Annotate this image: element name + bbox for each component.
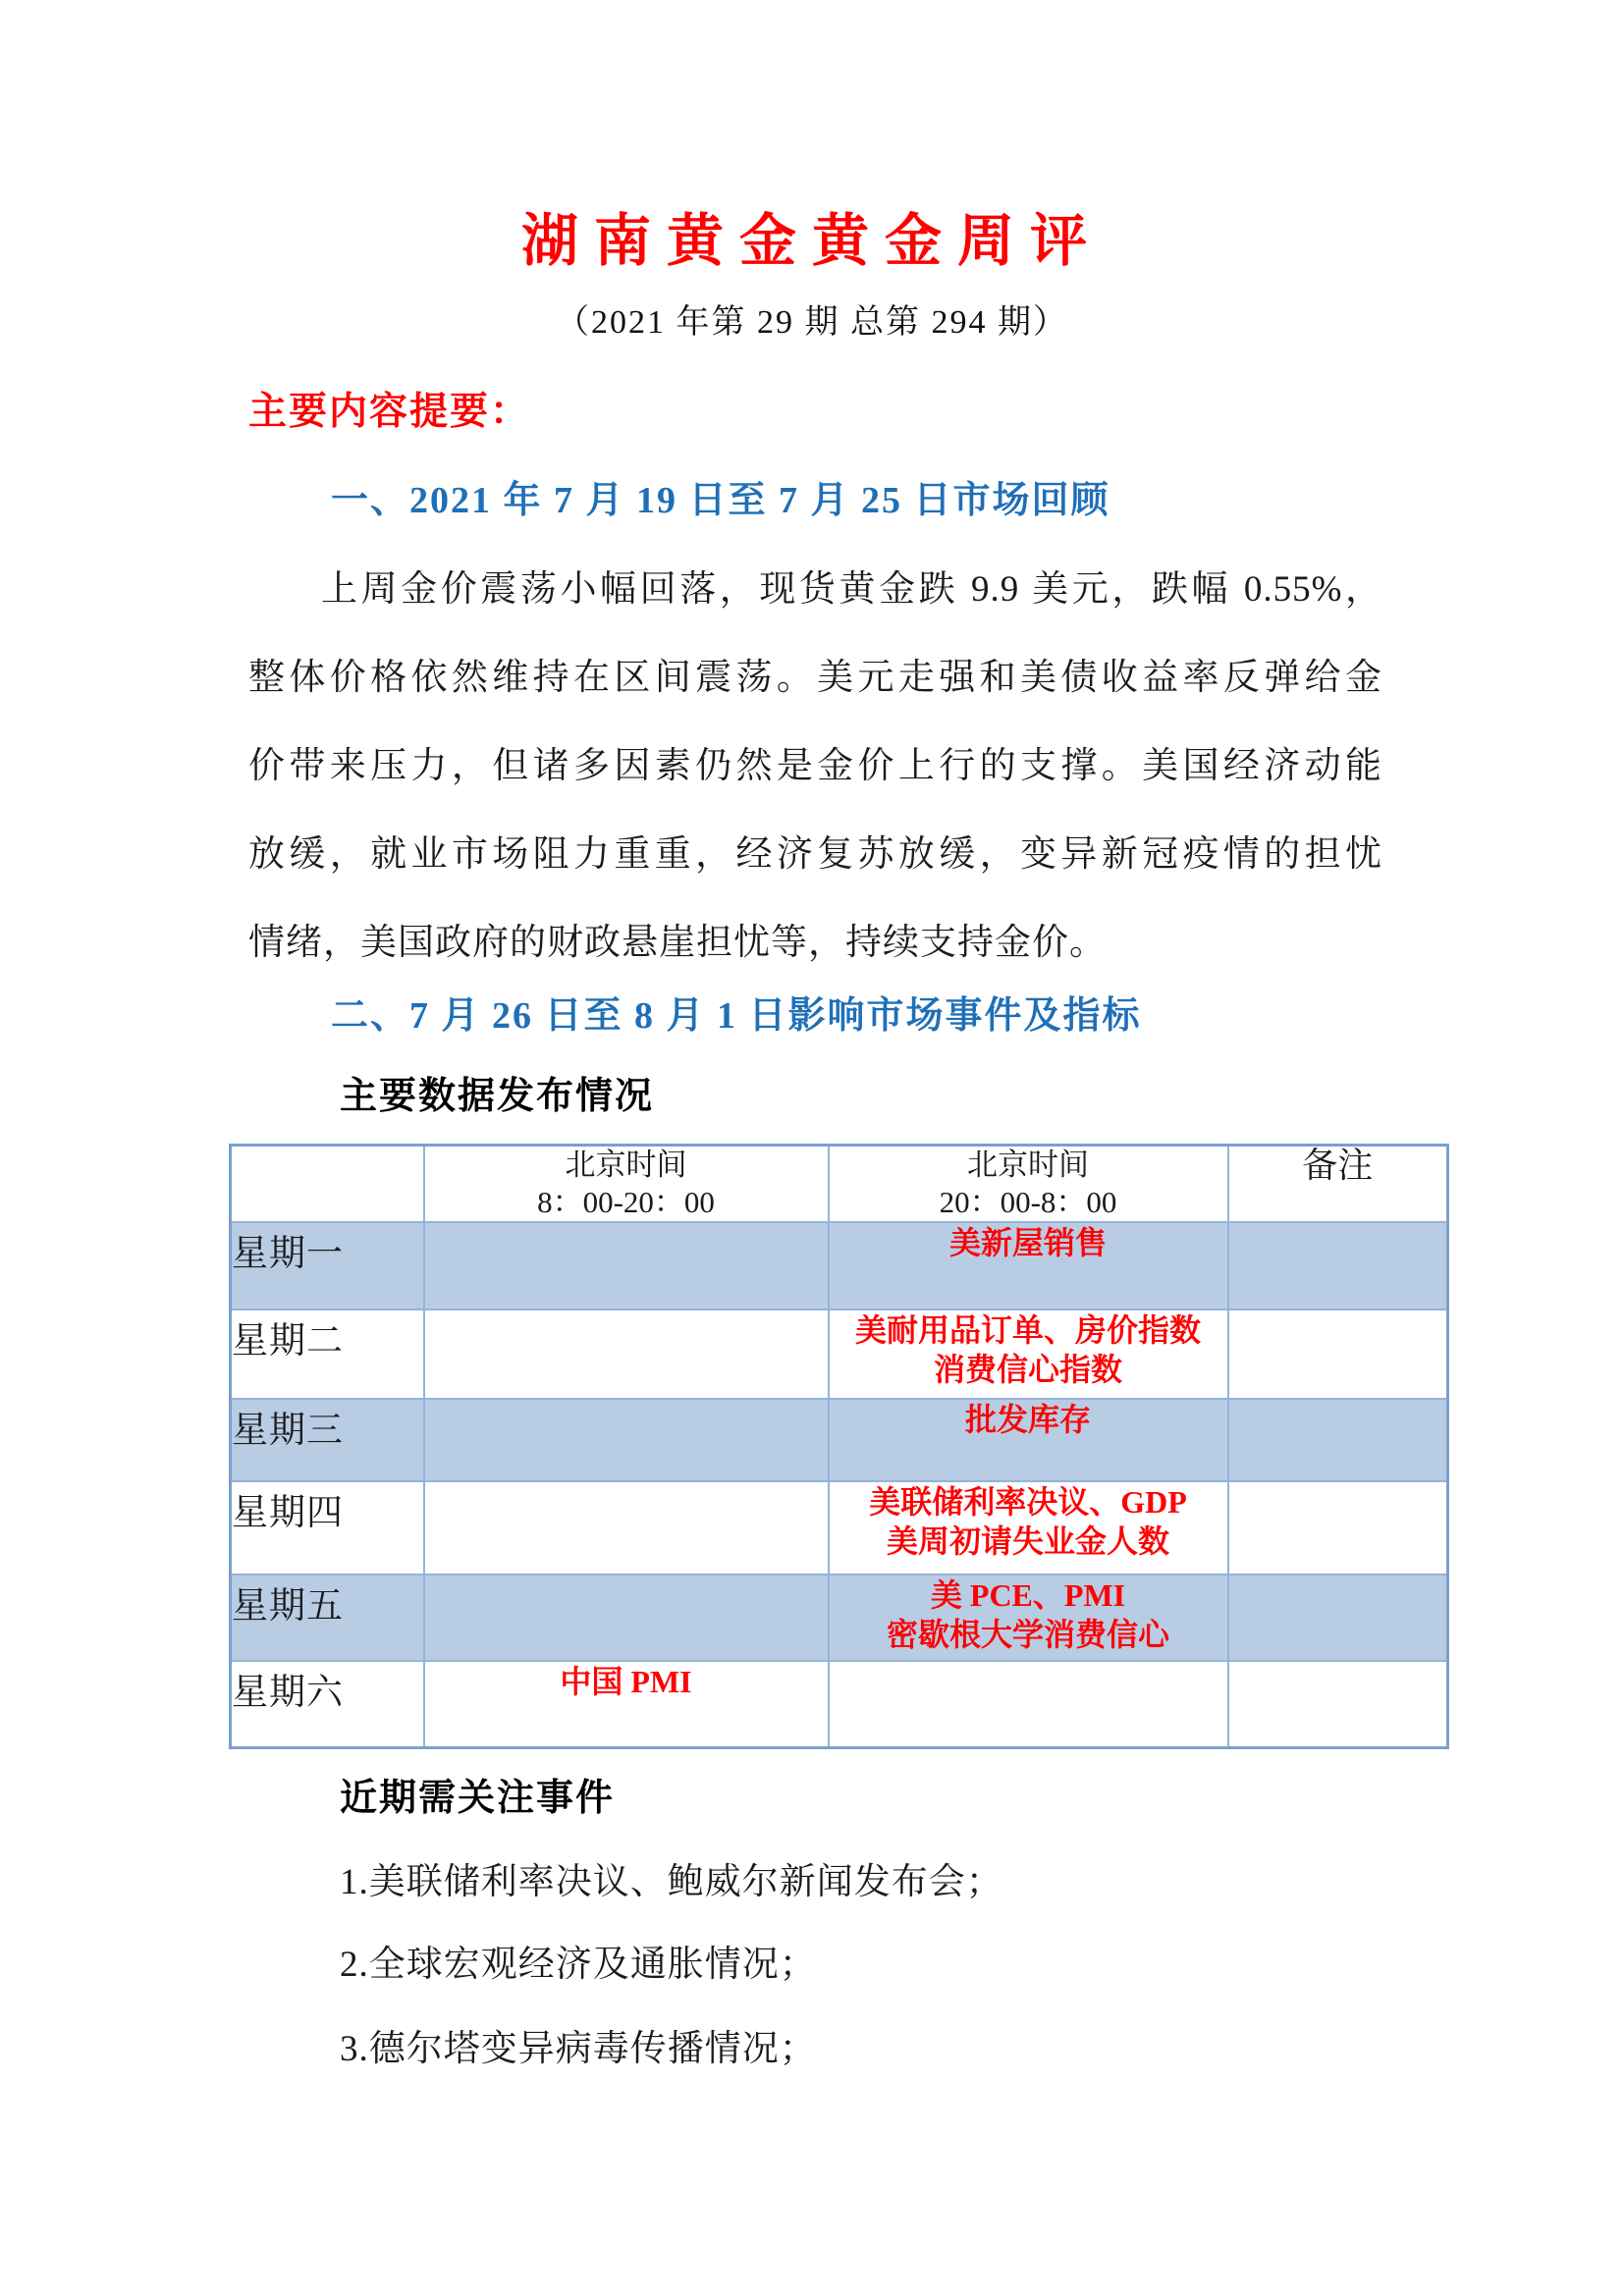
data-release-table: 北京时间 8：00-20：00 北京时间 20：00-8：00 备注 星期一 美… — [229, 1144, 1449, 1749]
event-line: 美联储利率决议、GDP — [830, 1482, 1227, 1522]
header-cell-daytime: 北京时间 8：00-20：00 — [424, 1146, 829, 1223]
night-events-cell: 美新屋销售 — [829, 1222, 1228, 1309]
market-review-paragraph: 上周金价震荡小幅回落，现货黄金跌 9.9 美元，跌幅 0.55%， 整体价格依然… — [248, 546, 1382, 988]
header-night-range: 20：00-8：00 — [830, 1184, 1227, 1221]
night-events-cell — [829, 1661, 1228, 1747]
table-row-saturday: 星期六 中国 PMI — [231, 1661, 1448, 1747]
data-release-table-title: 主要数据发布情况 — [340, 1065, 654, 1119]
event-line: 消费信心指数 — [830, 1350, 1227, 1389]
day-label: 星期一 — [231, 1222, 424, 1309]
note-cell — [1228, 1661, 1448, 1747]
event-line: 美新屋销售 — [830, 1223, 1227, 1262]
daytime-events-cell — [424, 1399, 829, 1481]
section2-heading: 二、7 月 26 日至 8 月 1 日影响市场事件及指标 — [331, 985, 1142, 1039]
event-line: 密歇根大学消费信心 — [830, 1615, 1227, 1654]
header-cell-night: 北京时间 20：00-8：00 — [829, 1146, 1228, 1223]
header-beijing-time-label: 北京时间 — [830, 1147, 1227, 1184]
table-row-monday: 星期一 美新屋销售 — [231, 1222, 1448, 1309]
note-cell — [1228, 1481, 1448, 1575]
note-cell — [1228, 1575, 1448, 1661]
night-events-cell: 美联储利率决议、GDP 美周初请失业金人数 — [829, 1481, 1228, 1575]
day-label: 星期三 — [231, 1399, 424, 1481]
paragraph-line: 上周金价震荡小幅回落，现货黄金跌 9.9 美元，跌幅 0.55%， — [248, 546, 1382, 634]
header-daytime-range: 8：00-20：00 — [425, 1184, 828, 1221]
day-label: 星期二 — [231, 1309, 424, 1399]
table-row-thursday: 星期四 美联储利率决议、GDP 美周初请失业金人数 — [231, 1481, 1448, 1575]
table-row-friday: 星期五 美 PCE、PMI 密歇根大学消费信心 — [231, 1575, 1448, 1661]
summary-heading: 主要内容提要： — [248, 381, 530, 436]
event-item-2: 2.全球宏观经济及通胀情况； — [340, 1934, 817, 1987]
paragraph-line: 整体价格依然维持在区间震荡。美元走强和美债收益率反弹给金 — [248, 634, 1382, 722]
section1-heading: 一、2021 年 7 月 19 日至 7 月 25 日市场回顾 — [331, 469, 1110, 523]
header-beijing-time-label: 北京时间 — [425, 1147, 828, 1184]
night-events-cell: 美 PCE、PMI 密歇根大学消费信心 — [829, 1575, 1228, 1661]
issue-number-line: （2021 年第 29 期 总第 294 期） — [0, 294, 1624, 343]
note-cell — [1228, 1222, 1448, 1309]
table-row-wednesday: 星期三 批发库存 — [231, 1399, 1448, 1481]
paragraph-line: 情绪，美国政府的财政悬崖担忧等，持续支持金价。 — [248, 899, 1382, 988]
event-item-3: 3.德尔塔变异病毒传播情况； — [340, 2018, 817, 2071]
day-label: 星期六 — [231, 1661, 424, 1747]
events-heading: 近期需关注事件 — [340, 1767, 615, 1821]
event-line: 中国 PMI — [425, 1662, 828, 1701]
document-page: 湖南黄金黄金周评 （2021 年第 29 期 总第 294 期） 主要内容提要：… — [0, 0, 1624, 2296]
daytime-events-cell — [424, 1222, 829, 1309]
event-line: 美耐用品订单、房价指数 — [830, 1310, 1227, 1350]
paragraph-line: 价带来压力，但诸多因素仍然是金价上行的支撑。美国经济动能 — [248, 722, 1382, 811]
daytime-events-cell — [424, 1575, 829, 1661]
header-cell-empty — [231, 1146, 424, 1223]
daytime-events-cell: 中国 PMI — [424, 1661, 829, 1747]
night-events-cell: 美耐用品订单、房价指数 消费信心指数 — [829, 1309, 1228, 1399]
note-cell — [1228, 1309, 1448, 1399]
event-line: 美周初请失业金人数 — [830, 1522, 1227, 1561]
page-title: 湖南黄金黄金周评 — [0, 194, 1624, 277]
daytime-events-cell — [424, 1481, 829, 1575]
event-line: 美 PCE、PMI — [830, 1575, 1227, 1615]
day-label: 星期四 — [231, 1481, 424, 1575]
event-line: 批发库存 — [830, 1400, 1227, 1439]
paragraph-line: 放缓，就业市场阻力重重，经济复苏放缓，变异新冠疫情的担忧 — [248, 811, 1382, 899]
header-cell-note: 备注 — [1228, 1146, 1448, 1223]
daytime-events-cell — [424, 1309, 829, 1399]
night-events-cell: 批发库存 — [829, 1399, 1228, 1481]
day-label: 星期五 — [231, 1575, 424, 1661]
table-row-tuesday: 星期二 美耐用品订单、房价指数 消费信心指数 — [231, 1309, 1448, 1399]
table-header-row: 北京时间 8：00-20：00 北京时间 20：00-8：00 备注 — [231, 1146, 1448, 1223]
note-cell — [1228, 1399, 1448, 1481]
event-item-1: 1.美联储利率决议、鲍威尔新闻发布会； — [340, 1851, 1003, 1904]
